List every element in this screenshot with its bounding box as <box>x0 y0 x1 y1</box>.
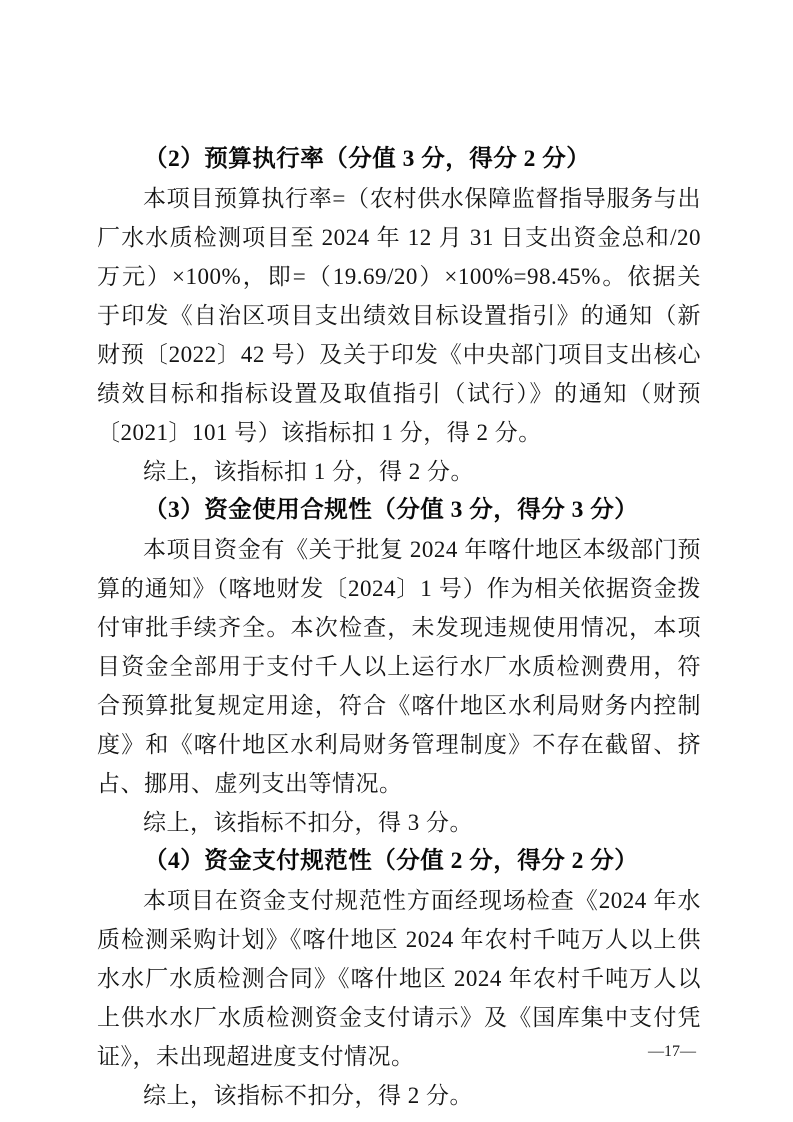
section-heading-budget-execution-rate: （2）预算执行率（分值 3 分，得分 2 分） <box>97 140 701 179</box>
document-body: （2）预算执行率（分值 3 分，得分 2 分） 本项目预算执行率=（农村供水保障… <box>97 140 701 1115</box>
paragraph-payment-standard-summary: 综上，该指标不扣分，得 2 分。 <box>97 1076 701 1115</box>
paragraph-fund-use-detail: 本项目资金有《关于批复 2024 年喀什地区本级部门预算的通知》（喀地财发〔20… <box>97 530 701 803</box>
paragraph-budget-execution-summary: 综上，该指标扣 1 分，得 2 分。 <box>97 452 701 491</box>
section-heading-payment-standard: （4）资金支付规范性（分值 2 分，得分 2 分） <box>97 842 701 881</box>
document-page: （2）预算执行率（分值 3 分，得分 2 分） 本项目预算执行率=（农村供水保障… <box>0 0 793 1122</box>
page-number: —17— <box>648 1044 696 1060</box>
paragraph-budget-execution-detail: 本项目预算执行率=（农村供水保障监督指导服务与出厂水水质检测项目至 2024 年… <box>97 179 701 452</box>
paragraph-payment-standard-detail: 本项目在资金支付规范性方面经现场检查《2024 年水质检测采购计划》《喀什地区 … <box>97 881 701 1076</box>
section-heading-fund-use-compliance: （3）资金使用合规性（分值 3 分，得分 3 分） <box>97 491 701 530</box>
paragraph-fund-use-summary: 综上，该指标不扣分，得 3 分。 <box>97 803 701 842</box>
